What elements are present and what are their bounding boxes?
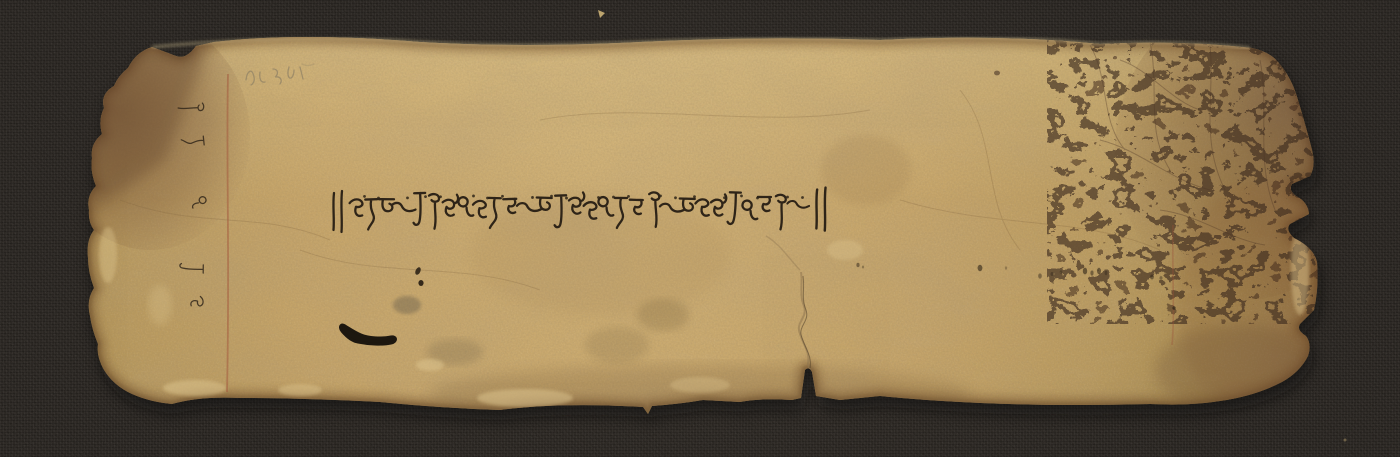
manuscript-photo — [0, 0, 1400, 457]
photo-canvas — [0, 0, 1400, 457]
left-margin-guide-line — [227, 74, 228, 392]
manuscript-leaf — [50, 0, 1375, 445]
